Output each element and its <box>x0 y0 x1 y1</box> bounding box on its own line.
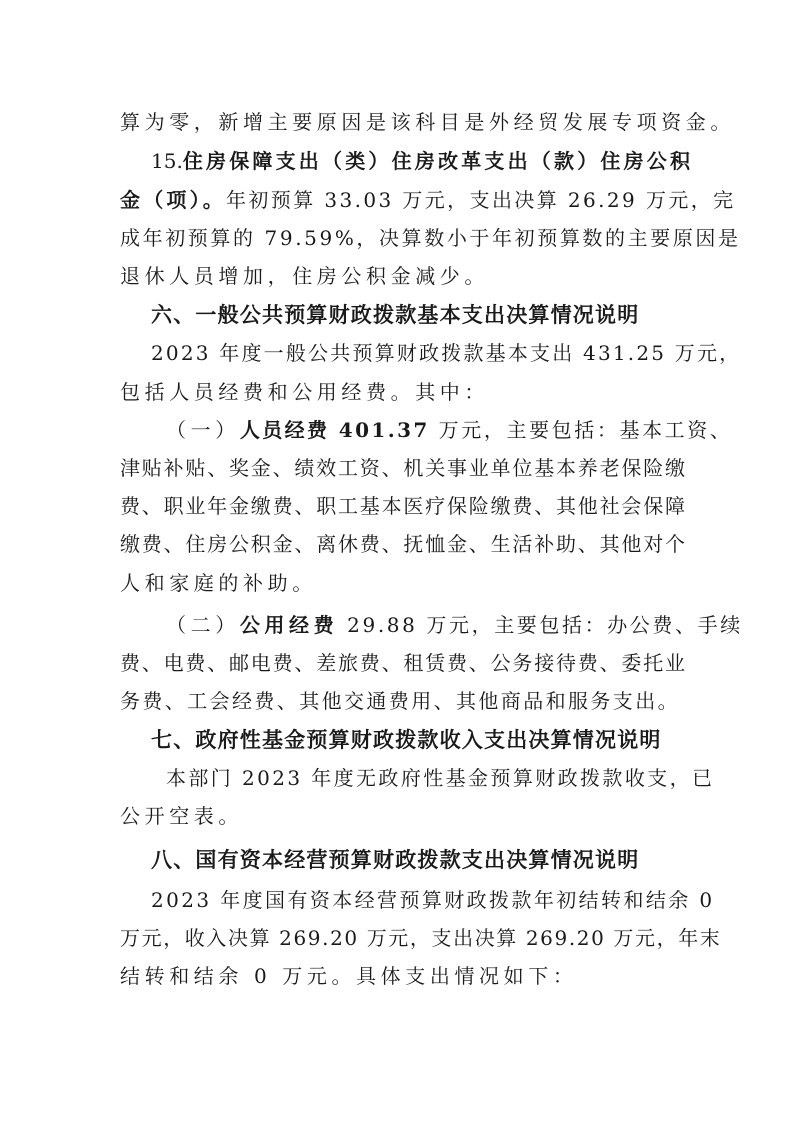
paragraph-line: 费、电费、邮电费、差旅费、租赁费、公务接待费、委托业 <box>120 648 680 678</box>
heading-text: 七、政府性基金预算财政拨款收入支出决算情况说明 <box>151 728 662 752</box>
personnel-expense-line: （一）人员经费 401.37 万元，主要包括：基本工资、 <box>166 415 726 445</box>
body-text: 本部门 2023 年度无政府性基金预算财政拨款收支，已 <box>166 766 714 790</box>
body-text: 结转和结余 0 万元。具体支出情况如下： <box>120 964 577 988</box>
paragraph-line: 津贴补贴、奖金、绩效工资、机关事业单位基本养老保险缴 <box>120 453 680 483</box>
body-text: 年初预算 33.03 万元，支出决算 26.29 万元，完 <box>226 188 736 212</box>
body-text: 务费、工会经费、其他交通费用、其他商品和服务支出。 <box>120 689 680 713</box>
item-number: （二） <box>166 613 240 637</box>
public-expense-line: （二）公用经费 29.88 万元，主要包括：办公费、手续 <box>166 610 726 640</box>
body-text: 人和家庭的补助。 <box>120 571 317 595</box>
paragraph-line: 费、职业年金缴费、职工基本医疗保险缴费、其他社会保障 <box>120 491 680 521</box>
body-text: 退休人员增加，住房公积金减少。 <box>120 264 489 288</box>
paragraph-line: 务费、工会经费、其他交通费用、其他商品和服务支出。 <box>120 686 680 716</box>
paragraph-line: 2023 年度国有资本经营预算财政拨款年初结转和结余 0 <box>151 885 711 915</box>
item-title-bold: 住房保障支出（类）住房改革支出（款）住房公积 <box>183 149 693 173</box>
paragraph-line: 人和家庭的补助。 <box>120 568 680 598</box>
body-text: 包括人员经费和公用经费。其中： <box>120 380 489 404</box>
body-text: 万元，主要包括：基本工资、 <box>430 418 733 442</box>
paragraph-line: 成年初预算的 79.59%，决算数小于年初预算数的主要原因是 <box>120 223 680 253</box>
section-heading-8: 八、国有资本经营预算财政拨款支出决算情况说明 <box>151 845 711 875</box>
item-15-title: 15.住房保障支出（类）住房改革支出（款）住房公积 <box>151 146 711 176</box>
paragraph-line: 结转和结余 0 万元。具体支出情况如下： <box>120 961 680 991</box>
paragraph-line: 金（项）。年初预算 33.03 万元，支出决算 26.29 万元，完 <box>120 185 680 215</box>
body-text: 29.88 万元，主要包括：办公费、手续 <box>338 613 743 637</box>
body-text: 公开空表。 <box>120 804 243 828</box>
heading-text: 六、一般公共预算财政拨款基本支出决算情况说明 <box>151 303 639 327</box>
body-text: 2023 年度一般公共预算财政拨款基本支出 431.25 万元， <box>151 341 741 365</box>
body-text: 万元，收入决算 269.20 万元，支出决算 269.20 万元，年末 <box>120 926 721 950</box>
paragraph-line: 2023 年度一般公共预算财政拨款基本支出 431.25 万元， <box>151 338 711 368</box>
body-text: 算为零，新增主要原因是该科目是外经贸发展专项资金。 <box>120 110 735 134</box>
item-title-bold: 公用经费 <box>240 613 338 637</box>
item-title-bold: 金（项）。 <box>120 188 226 212</box>
body-text: 2023 年度国有资本经营预算财政拨款年初结转和结余 0 <box>151 888 715 912</box>
paragraph-line: 公开空表。 <box>120 801 680 831</box>
heading-text: 八、国有资本经营预算财政拨款支出决算情况说明 <box>151 848 639 872</box>
section-heading-7: 七、政府性基金预算财政拨款收入支出决算情况说明 <box>151 725 711 755</box>
paragraph-line: 包括人员经费和公用经费。其中： <box>120 377 680 407</box>
body-text: 津贴补贴、奖金、绩效工资、机关事业单位基本养老保险缴 <box>120 456 687 480</box>
paragraph-line: 算为零，新增主要原因是该科目是外经贸发展专项资金。 <box>120 107 680 137</box>
paragraph-line: 本部门 2023 年度无政府性基金预算财政拨款收支，已 <box>166 763 726 793</box>
section-heading-6: 六、一般公共预算财政拨款基本支出决算情况说明 <box>151 300 711 330</box>
body-text: 费、电费、邮电费、差旅费、租赁费、公务接待费、委托业 <box>120 651 687 675</box>
item-number: （一） <box>166 418 240 442</box>
item-title-bold: 人员经费 401.37 <box>240 418 430 442</box>
body-text: 费、职业年金缴费、职工基本医疗保险缴费、其他社会保障 <box>120 494 687 518</box>
paragraph-line: 万元，收入决算 269.20 万元，支出决算 269.20 万元，年末 <box>120 923 680 953</box>
paragraph-line: 退休人员增加，住房公积金减少。 <box>120 261 680 291</box>
paragraph-line: 缴费、住房公积金、离休费、抚恤金、生活补助、其他对个 <box>120 529 680 559</box>
item-number: 15. <box>151 149 183 173</box>
document-page: 算为零，新增主要原因是该科目是外经贸发展专项资金。 15.住房保障支出（类）住房… <box>0 0 793 1122</box>
body-text: 缴费、住房公积金、离休费、抚恤金、生活补助、其他对个 <box>120 532 687 556</box>
body-text: 成年初预算的 79.59%，决算数小于年初预算数的主要原因是 <box>120 226 741 250</box>
